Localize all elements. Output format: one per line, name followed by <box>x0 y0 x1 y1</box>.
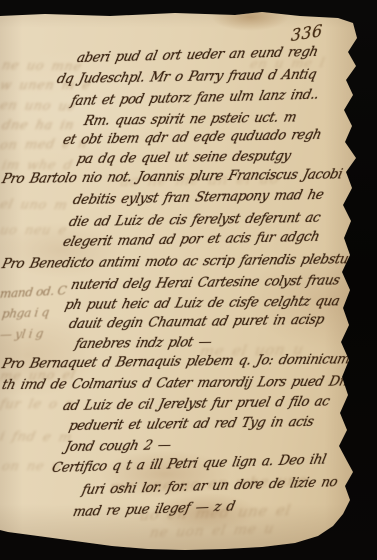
handwriting-line: ad Luiz de cil Jerelyst fur pruel d filo… <box>61 393 331 416</box>
handwriting-line: elegerit mand ad por et acis fur adgch <box>61 229 321 252</box>
handwriting-line: fanebres indz plot — <box>73 334 213 354</box>
handwriting-line: dq Judeschpl. Mr o Parry fraud d Antiq <box>55 66 318 89</box>
handwriting-line: th imd de Colmarius d Cater marordij Lor… <box>0 373 357 395</box>
handwriting-line: Jond cough 2 — <box>63 437 173 457</box>
handwriting-line: aberi pud al ort ueder an eund regh <box>75 44 319 68</box>
handwriting-line: Pro Bartolo nio not. Joannis plure Franc… <box>0 166 344 189</box>
handwriting-line: pa dq de quel ut seine desputgy <box>75 148 292 169</box>
handwriting-line: dauit degin Chaumat ad puret in acisp <box>67 312 326 335</box>
handwriting-line: nuterid delg Herai Cartesine colyst frau… <box>69 272 341 295</box>
manuscript-page: ne uo mnew unen m een uno uedne ha inon … <box>0 0 377 560</box>
handwriting-line: fant et pod putorz fane ulm lanz ind.. <box>69 86 320 111</box>
ink-layer: aberi pud al ort ueder an eund reghdq Ju… <box>0 0 377 560</box>
handwriting-line: furi oshi lor. for. ar un dore de lizie … <box>80 474 339 500</box>
handwriting-line: Pro Bernaquet d Bernaquis plebem q. Jo: … <box>0 351 370 374</box>
handwriting-line: peduerit et ulcerit ad red Tyg in acis <box>67 414 315 436</box>
handwriting-line: mad re pue ilegef — z d <box>71 498 236 522</box>
handwriting-line: debitis eylyst fran Sternapony mad he <box>71 187 325 210</box>
photo-background: ne uo mnew unen m een uno uedne ha inon … <box>0 0 377 560</box>
handwriting-line: Pro Benedicto antimi moto ac scrip farie… <box>0 251 368 274</box>
